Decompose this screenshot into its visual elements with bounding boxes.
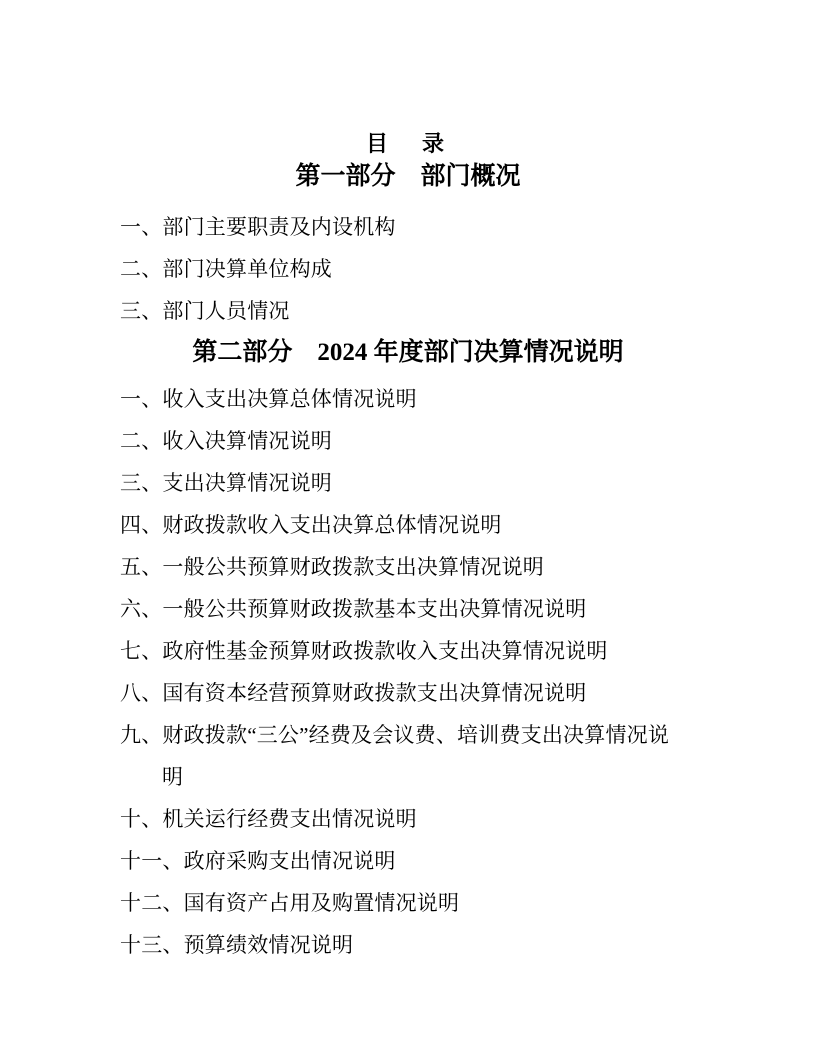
toc-item-part2-3: 三、支出决算情况说明 [120, 462, 696, 504]
toc-title: 目 录 [120, 132, 696, 156]
toc-item-part2-13: 十三、预算绩效情况说明 [120, 924, 696, 966]
toc-item-part1-1: 一、部门主要职责及内设机构 [120, 206, 696, 248]
toc-item-part2-5: 五、一般公共预算财政拨款支出决算情况说明 [120, 546, 696, 588]
part2-heading: 第二部分 2024 年度部门决算情况说明 [120, 340, 696, 366]
toc-item-part2-4: 四、财政拨款收入支出决算总体情况说明 [120, 504, 696, 546]
document-page: 目 录 第一部分 部门概况 一、部门主要职责及内设机构 二、部门决算单位构成 三… [0, 0, 816, 1056]
page-content: 目 录 第一部分 部门概况 一、部门主要职责及内设机构 二、部门决算单位构成 三… [120, 0, 696, 966]
toc-item-part2-10: 十、机关运行经费支出情况说明 [120, 798, 696, 840]
part2-toc-list: 一、收入支出决算总体情况说明 二、收入决算情况说明 三、支出决算情况说明 四、财… [120, 378, 696, 966]
part1-heading: 第一部分 部门概况 [120, 164, 696, 190]
toc-item-part2-12: 十二、国有资产占用及购置情况说明 [120, 882, 696, 924]
toc-item-part1-2: 二、部门决算单位构成 [120, 248, 696, 290]
toc-item-part2-11: 十一、政府采购支出情况说明 [120, 840, 696, 882]
toc-item-part2-2: 二、收入决算情况说明 [120, 420, 696, 462]
part1-toc-list: 一、部门主要职责及内设机构 二、部门决算单位构成 三、部门人员情况 [120, 206, 696, 332]
toc-item-part1-3: 三、部门人员情况 [120, 290, 696, 332]
toc-item-part2-7: 七、政府性基金预算财政拨款收入支出决算情况说明 [120, 630, 696, 672]
toc-item-part2-8: 八、国有资本经营预算财政拨款支出决算情况说明 [120, 672, 696, 714]
toc-item-part2-1: 一、收入支出决算总体情况说明 [120, 378, 696, 420]
toc-item-part2-6: 六、一般公共预算财政拨款基本支出决算情况说明 [120, 588, 696, 630]
toc-item-part2-9: 九、财政拨款“三公”经费及会议费、培训费支出决算情况说 明 [120, 714, 696, 798]
